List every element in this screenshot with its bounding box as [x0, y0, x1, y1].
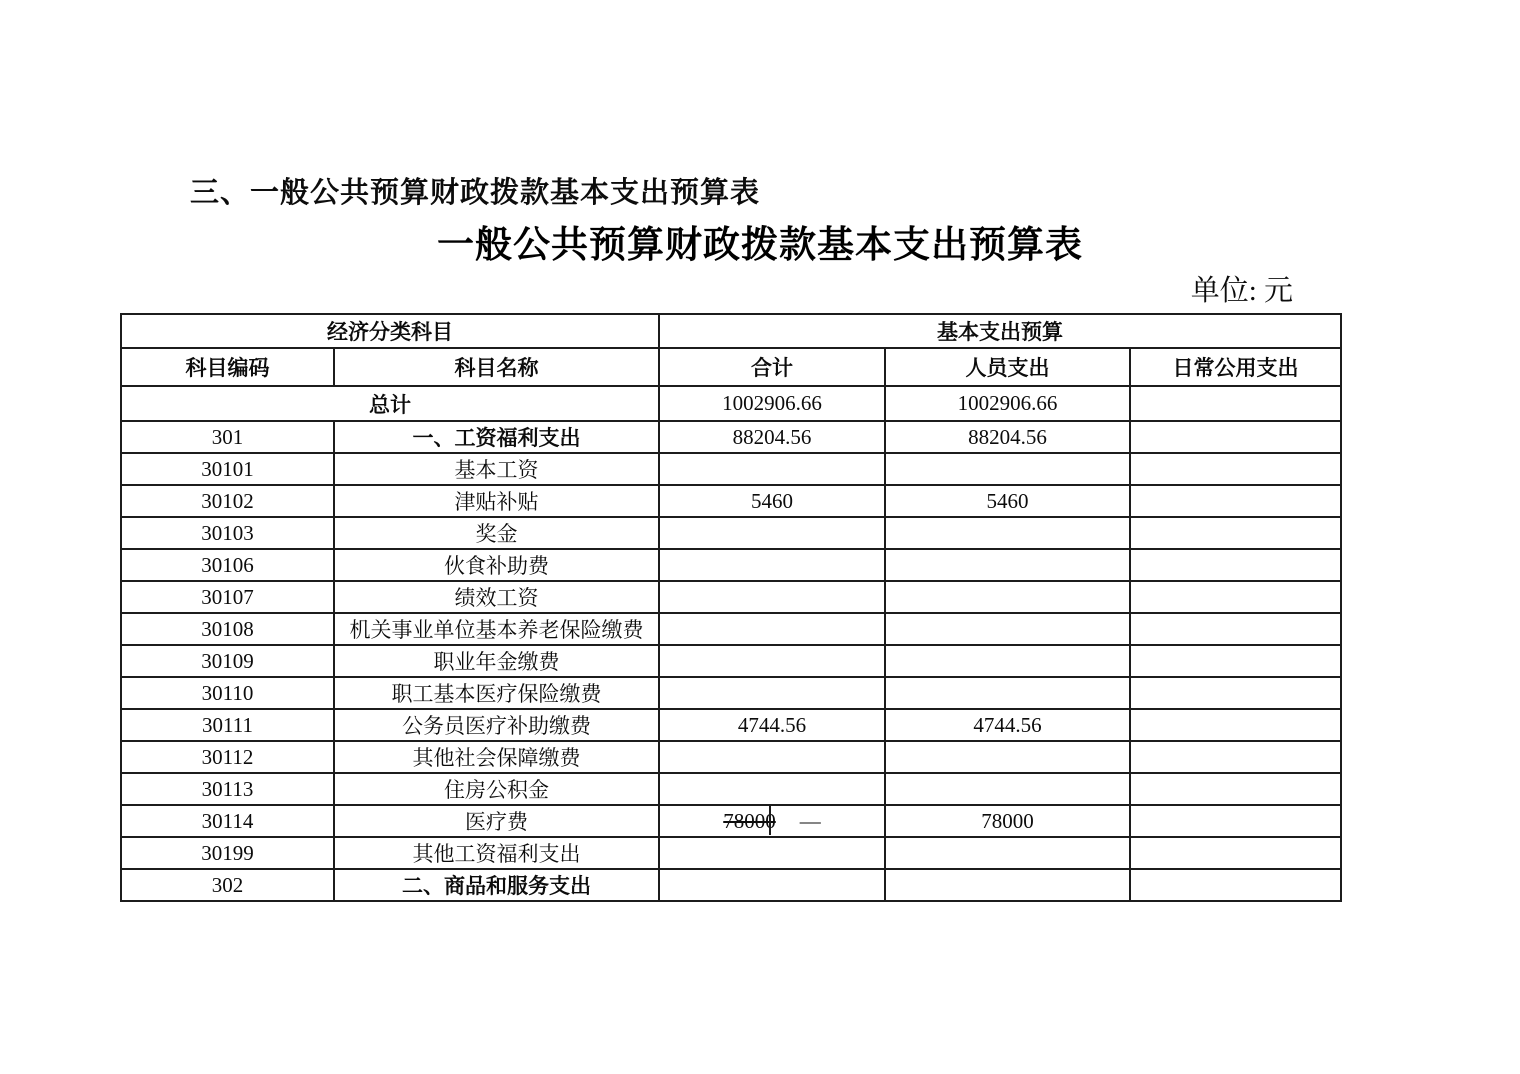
cell-total-value	[659, 549, 885, 581]
cell-total-value	[659, 837, 885, 869]
table-row: 30102津贴补贴54605460	[121, 485, 1341, 517]
header-total: 合计	[659, 348, 885, 386]
cell-subject-name: 津贴补贴	[334, 485, 659, 517]
table-row: 30111公务员医疗补助缴费4744.564744.56	[121, 709, 1341, 741]
total-row: 总计1002906.661002906.66	[121, 386, 1341, 421]
cell-daily-value	[1130, 517, 1341, 549]
cell-subject-code: 302	[121, 869, 334, 901]
header-daily-expense: 日常公用支出	[1130, 348, 1341, 386]
cell-subject-code: 301	[121, 421, 334, 453]
header-personnel: 人员支出	[885, 348, 1130, 386]
cell-daily-value	[1130, 421, 1341, 453]
budget-table-container: 经济分类科目 基本支出预算 科目编码 科目名称 合计 人员支出 日常公用支出 总…	[120, 313, 1342, 902]
dash-mark: —	[800, 809, 821, 833]
cell-personnel-value: 1002906.66	[885, 386, 1130, 421]
cell-daily-value	[1130, 485, 1341, 517]
cell-personnel-value	[885, 453, 1130, 485]
cell-personnel-value: 4744.56	[885, 709, 1130, 741]
cell-subject-name: 医疗费	[334, 805, 659, 837]
cell-subject-name: 机关事业单位基本养老保险缴费	[334, 613, 659, 645]
budget-table-body: 总计1002906.661002906.66301一、工资福利支出88204.5…	[121, 386, 1341, 901]
cell-personnel-value: 78000	[885, 805, 1130, 837]
cell-personnel-value	[885, 549, 1130, 581]
cell-total-value: 78000—	[659, 805, 885, 837]
cell-subject-code: 30101	[121, 453, 334, 485]
table-row: 30114医疗费78000—78000	[121, 805, 1341, 837]
header-subject-code: 科目编码	[121, 348, 334, 386]
cell-daily-value	[1130, 581, 1341, 613]
cell-total-value	[659, 677, 885, 709]
cell-daily-value	[1130, 869, 1341, 901]
cell-total-value: 5460	[659, 485, 885, 517]
cell-personnel-value: 88204.56	[885, 421, 1130, 453]
cell-total-value	[659, 517, 885, 549]
header-subject-name: 科目名称	[334, 348, 659, 386]
cell-daily-value	[1130, 837, 1341, 869]
table-row: 30110职工基本医疗保险缴费	[121, 677, 1341, 709]
header-economic-classification: 经济分类科目	[121, 314, 659, 348]
header-group-row: 经济分类科目 基本支出预算	[121, 314, 1341, 348]
section-heading: 三、一般公共预算财政拨款基本支出预算表	[190, 170, 760, 211]
cell-subject-name: 伙食补助费	[334, 549, 659, 581]
cell-total-value	[659, 613, 885, 645]
caret-mark	[769, 805, 771, 835]
table-row: 30113住房公积金	[121, 773, 1341, 805]
table-row: 30108机关事业单位基本养老保险缴费	[121, 613, 1341, 645]
cell-subject-name: 二、商品和服务支出	[334, 869, 659, 901]
table-row: 30112其他社会保障缴费	[121, 741, 1341, 773]
cell-subject-code: 30108	[121, 613, 334, 645]
cell-personnel-value	[885, 773, 1130, 805]
cell-daily-value	[1130, 741, 1341, 773]
cell-total-value: 1002906.66	[659, 386, 885, 421]
header-columns-row: 科目编码 科目名称 合计 人员支出 日常公用支出	[121, 348, 1341, 386]
cell-subject-name: 其他工资福利支出	[334, 837, 659, 869]
page-title: 一般公共预算财政拨款基本支出预算表	[0, 214, 1520, 268]
cell-personnel-value	[885, 613, 1130, 645]
cell-personnel-value	[885, 741, 1130, 773]
cell-daily-value	[1130, 453, 1341, 485]
budget-table-head: 经济分类科目 基本支出预算 科目编码 科目名称 合计 人员支出 日常公用支出	[121, 314, 1341, 386]
table-row: 30101基本工资	[121, 453, 1341, 485]
cell-subject-name: 一、工资福利支出	[334, 421, 659, 453]
cell-subject-code: 30102	[121, 485, 334, 517]
cell-subject-code: 30113	[121, 773, 334, 805]
cell-subject-name: 绩效工资	[334, 581, 659, 613]
cell-subject-code: 30107	[121, 581, 334, 613]
cell-daily-value	[1130, 549, 1341, 581]
cell-total-label: 总计	[121, 386, 659, 421]
cell-daily-value	[1130, 773, 1341, 805]
cell-subject-code: 30199	[121, 837, 334, 869]
cell-subject-name: 公务员医疗补助缴费	[334, 709, 659, 741]
cell-subject-name: 其他社会保障缴费	[334, 741, 659, 773]
cell-total-value	[659, 645, 885, 677]
cell-subject-name: 职工基本医疗保险缴费	[334, 677, 659, 709]
cell-subject-name: 住房公积金	[334, 773, 659, 805]
cell-personnel-value	[885, 869, 1130, 901]
cell-total-value	[659, 773, 885, 805]
cell-daily-value	[1130, 645, 1341, 677]
header-basic-expenditure-budget: 基本支出预算	[659, 314, 1341, 348]
cell-personnel-value	[885, 581, 1130, 613]
document-page: 三、一般公共预算财政拨款基本支出预算表 一般公共预算财政拨款基本支出预算表 单位…	[0, 0, 1520, 1074]
table-row: 30109职业年金缴费	[121, 645, 1341, 677]
table-row: 301一、工资福利支出88204.5688204.56	[121, 421, 1341, 453]
table-row: 30199其他工资福利支出	[121, 837, 1341, 869]
cell-total-value: 88204.56	[659, 421, 885, 453]
cell-subject-code: 30112	[121, 741, 334, 773]
table-row: 30103奖金	[121, 517, 1341, 549]
cell-subject-code: 30103	[121, 517, 334, 549]
cell-personnel-value	[885, 645, 1130, 677]
cell-personnel-value	[885, 517, 1130, 549]
cell-subject-code: 30110	[121, 677, 334, 709]
cell-total-value	[659, 869, 885, 901]
cell-subject-code: 30114	[121, 805, 334, 837]
budget-table: 经济分类科目 基本支出预算 科目编码 科目名称 合计 人员支出 日常公用支出 总…	[120, 313, 1342, 902]
unit-label: 单位: 元	[1191, 268, 1293, 309]
table-row: 30107绩效工资	[121, 581, 1341, 613]
cell-personnel-value: 5460	[885, 485, 1130, 517]
cell-daily-value	[1130, 805, 1341, 837]
cell-total-value	[659, 741, 885, 773]
cell-subject-name: 基本工资	[334, 453, 659, 485]
cell-daily-value	[1130, 613, 1341, 645]
struck-value-wrap: 78000	[723, 809, 776, 834]
cell-total-value	[659, 453, 885, 485]
cell-subject-name: 职业年金缴费	[334, 645, 659, 677]
table-row: 30106伙食补助费	[121, 549, 1341, 581]
cell-personnel-value	[885, 677, 1130, 709]
cell-total-value: 4744.56	[659, 709, 885, 741]
cell-daily-value	[1130, 709, 1341, 741]
cell-daily-value	[1130, 386, 1341, 421]
cell-daily-value	[1130, 677, 1341, 709]
cell-subject-code: 30111	[121, 709, 334, 741]
cell-subject-code: 30106	[121, 549, 334, 581]
cell-subject-code: 30109	[121, 645, 334, 677]
cell-total-value	[659, 581, 885, 613]
cell-subject-name: 奖金	[334, 517, 659, 549]
table-row: 302二、商品和服务支出	[121, 869, 1341, 901]
cell-personnel-value	[885, 837, 1130, 869]
